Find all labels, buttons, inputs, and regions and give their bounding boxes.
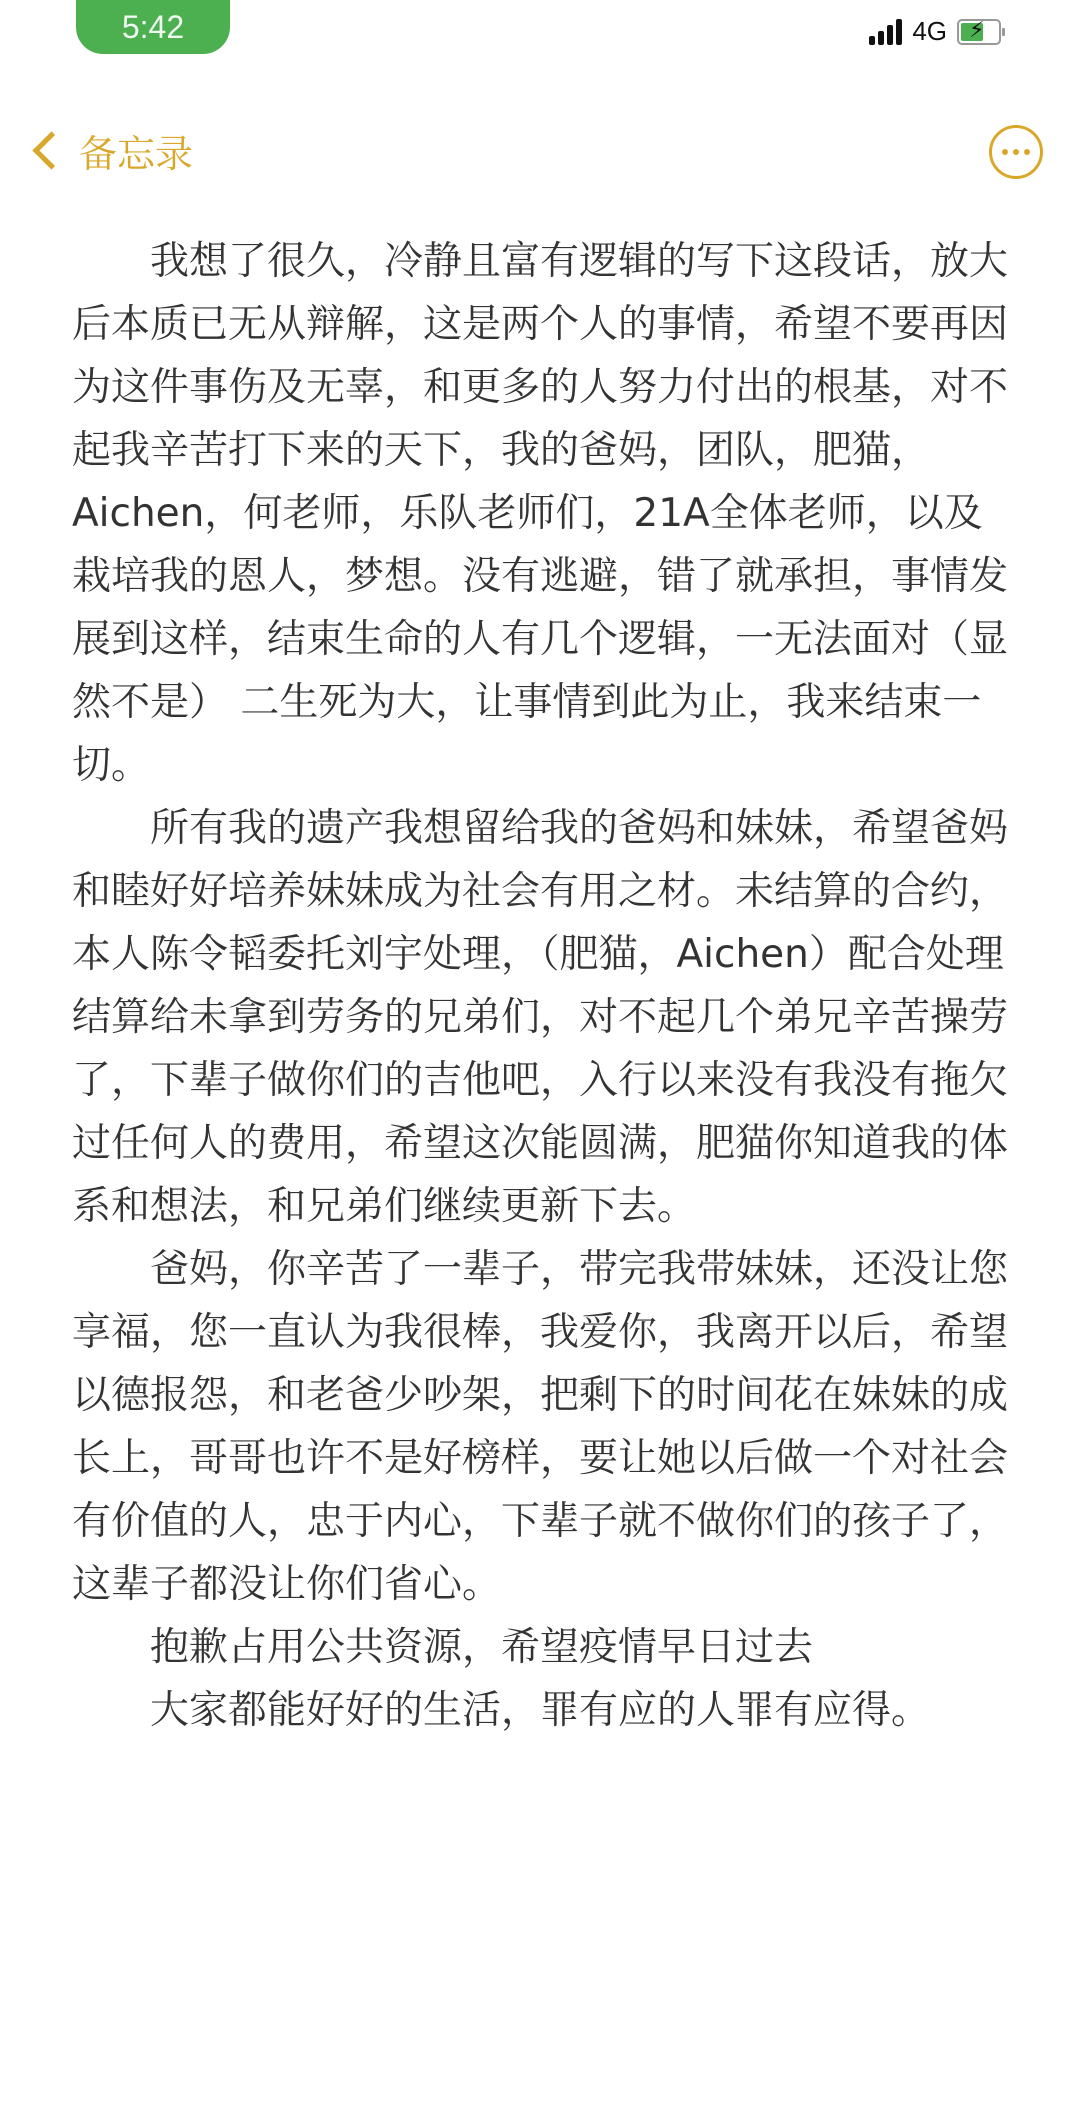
note-paragraph: 抱歉占用公共资源，希望疫情早日过去 bbox=[72, 1616, 1012, 1679]
more-options-button[interactable] bbox=[989, 125, 1043, 179]
note-paragraph: 我想了很久，冷静且富有逻辑的写下这段话，放大后本质已无从辩解，这是两个人的事情，… bbox=[72, 230, 1012, 797]
back-label: 备忘录 bbox=[79, 123, 193, 178]
status-bar: 5:42 4G ⚡ bbox=[0, 0, 1071, 60]
battery-charging-icon: ⚡ bbox=[957, 19, 1001, 45]
chevron-left-icon bbox=[32, 131, 70, 169]
ellipsis-icon bbox=[1002, 149, 1008, 155]
ellipsis-dot bbox=[1024, 149, 1030, 155]
back-button[interactable]: 备忘录 bbox=[28, 123, 193, 178]
signal-icon bbox=[869, 19, 902, 45]
network-type: 4G bbox=[912, 16, 947, 47]
status-indicators: 4G ⚡ bbox=[869, 16, 1001, 47]
note-paragraph: 大家都能好好的生活，罪有应的人罪有应得。 bbox=[72, 1679, 1012, 1742]
note-paragraph: 爸妈，你辛苦了一辈子，带完我带妹妹，还没让您享福，您一直认为我很棒，我爱你，我离… bbox=[72, 1238, 1012, 1616]
nav-bar: 备忘录 bbox=[0, 115, 1071, 185]
note-body[interactable]: 我想了很久，冷静且富有逻辑的写下这段话，放大后本质已无从辩解，这是两个人的事情，… bbox=[72, 230, 1012, 1742]
status-time: 5:42 bbox=[76, 0, 230, 54]
note-paragraph: 所有我的遗产我想留给我的爸妈和妹妹，希望爸妈和睦好好培养妹妹成为社会有用之材。未… bbox=[72, 797, 1012, 1238]
ellipsis-dot bbox=[1013, 149, 1019, 155]
